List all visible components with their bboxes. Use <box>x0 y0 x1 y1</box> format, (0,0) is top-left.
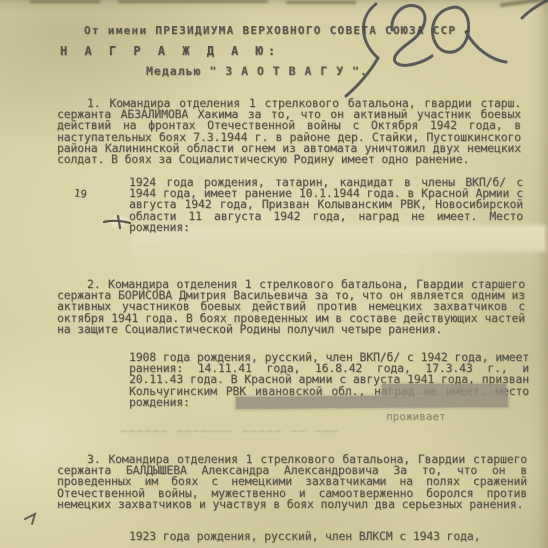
entry-3-details: 1923 года рождения, русский, член ВЛКСМ … <box>129 531 539 542</box>
entry-1-details: 1924 года рождения, татарин, кандидат в … <box>129 177 523 233</box>
document-page: От имени ПРЕЗИДИУМА ВЕРХОВНОГО СОВЕТА СО… <box>0 0 548 548</box>
handwritten-ink-mark <box>330 0 548 170</box>
redaction-bar <box>236 395 508 409</box>
entry-1-margin-note: 19 <box>73 187 87 200</box>
entry-2-citation: 2. Командира отделения 1 стрелкового бат… <box>57 279 525 335</box>
torn-top-text-remnant <box>118 0 268 3</box>
struck-out-faded-line: —————— ——————— ————— —— ——— <box>120 424 410 437</box>
torn-top-text-remnant <box>30 0 100 3</box>
residence-word: проживает <box>386 410 446 423</box>
entry-3-citation: 3. Командира отделения 1 стрелкового бат… <box>57 454 527 510</box>
award-verb-line: Н А Г Р А Ж Д А Ю: <box>60 44 280 58</box>
redaction-bar <box>382 384 506 395</box>
pen-tick-mark <box>100 212 134 232</box>
pen-tick-mark <box>22 510 46 528</box>
